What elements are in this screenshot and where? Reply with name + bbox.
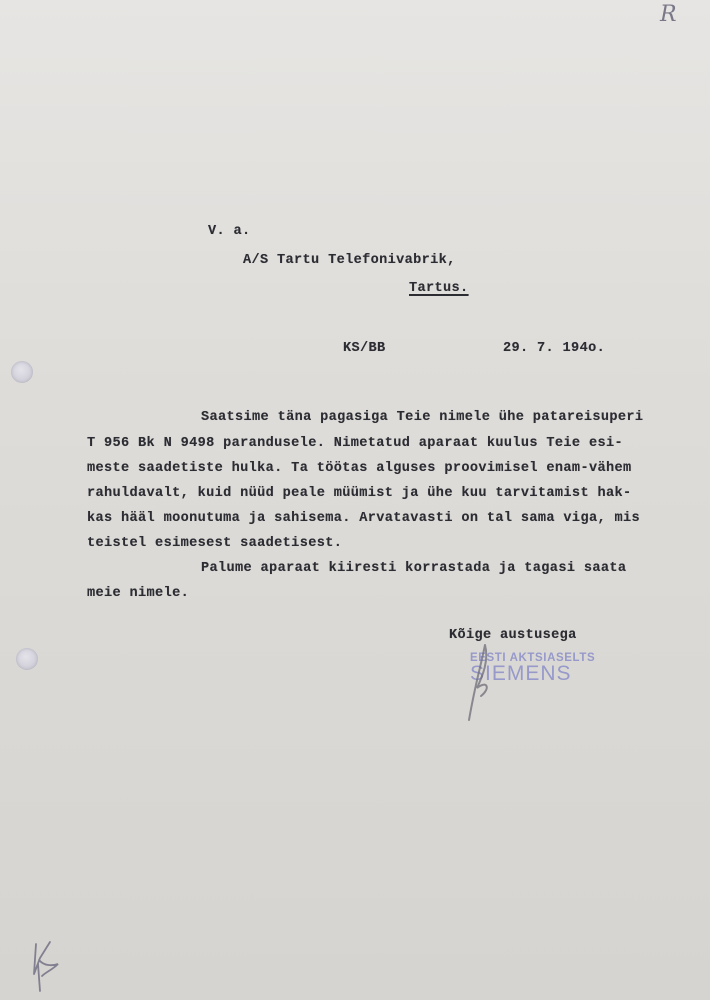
body-line: rahuldavalt, kuid nüüd peale müümist ja … xyxy=(87,486,631,501)
body-line: T 956 Bk N 9498 parandusele. Nimetatud a… xyxy=(87,436,623,451)
corner-handwritten-mark: R xyxy=(660,2,677,27)
punch-hole-top xyxy=(11,361,33,383)
signature-pencil-mark xyxy=(455,630,515,730)
punch-hole-bottom xyxy=(16,648,38,670)
recipient-city: Tartus. xyxy=(409,281,469,296)
initials-handwritten-mark xyxy=(28,936,73,996)
body-line: Palume aparaat kiiresti korrastada ja ta… xyxy=(201,561,626,576)
letter-date: 29. 7. 194o. xyxy=(503,341,605,356)
body-line: kas hääl moonutuma ja sahisema. Arvatava… xyxy=(87,511,640,526)
body-line: meie nimele. xyxy=(87,586,189,601)
reference-code: KS/BB xyxy=(343,341,386,356)
letter-page: R V. a. A/S Tartu Telefonivabrik, Tartus… xyxy=(0,0,710,1000)
recipient-salutation: V. a. xyxy=(208,224,251,239)
body-line: Saatsime täna pagasiga Teie nimele ühe p… xyxy=(201,410,643,425)
body-line: teistel esimesest saadetisest. xyxy=(87,536,342,551)
recipient-company: A/S Tartu Telefonivabrik, xyxy=(243,253,456,268)
body-line: meste saadetiste hulka. Ta töötas alguse… xyxy=(87,461,631,476)
